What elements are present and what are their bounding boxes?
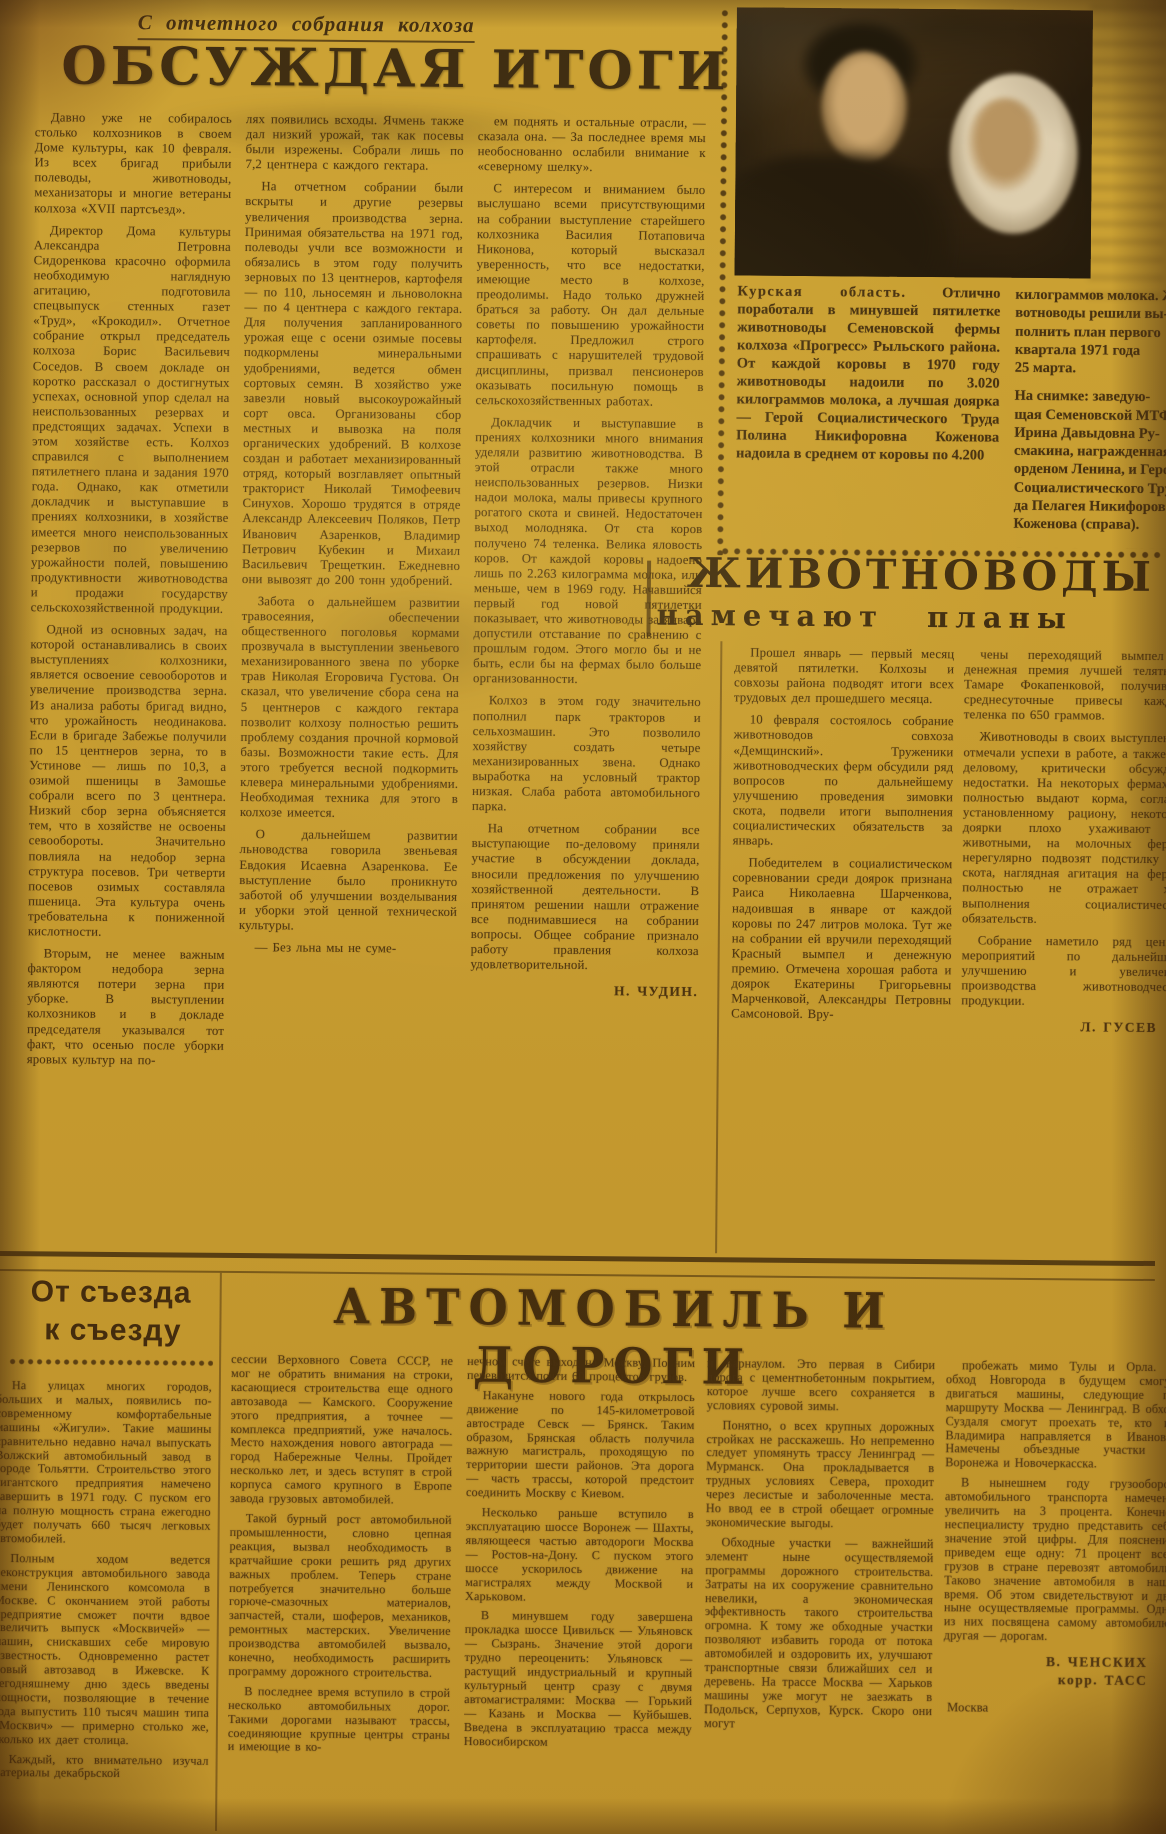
paragraph: нечном счете выход на Москву. По ним пер… (467, 1355, 695, 1385)
section3-column-c: нечном счете выход на Москву. По ним пер… (463, 1355, 695, 1834)
column-rule (215, 1273, 222, 1831)
paragraph: — Без льна мы не суме- (239, 940, 457, 957)
section3-byline: В. ЧЕНСКИХ (943, 1653, 1166, 1670)
paragraph: Накануне нового года открылось движение … (466, 1389, 695, 1502)
paragraph: Коженова (справа). (1013, 515, 1166, 535)
paragraph: Директор Дома культуры Александра Петров… (31, 223, 231, 617)
paragraph: Прошел январь — первый месяц девятой пят… (734, 645, 955, 707)
paragraph: В минувшем году завершена прокладка шосс… (464, 1609, 693, 1750)
article1-column-2: лях появились всходы. Ячмень также дал н… (236, 112, 464, 1250)
paragraph: смакина, награжденная (1014, 442, 1166, 462)
section3-column-e-text: пробежать мимо Тулы и Орла. В обход Новг… (944, 1359, 1166, 1645)
section3-column-left: На улицах многих городов, больших и малы… (0, 1379, 212, 1831)
paragraph: С интересом и вниманием было выслушано в… (475, 181, 705, 409)
section2-title-line1: ЖИВОТНОВОДЫ (687, 549, 1155, 601)
paragraph: и Барнаулом. Это первая в Сибири дорога … (707, 1357, 935, 1415)
paragraph: сессии Верховного Совета СССР, не мог не… (230, 1353, 453, 1508)
paragraph: Забота о дальнейшем развитии травосеяния… (240, 594, 460, 822)
paragraph: Собрание наметило ряд ценных мероприятий… (961, 933, 1166, 1010)
paragraph: вотноводы решили вы- (1015, 304, 1166, 324)
paragraph: Обходные участки — важнейший элемент нын… (704, 1536, 934, 1733)
paragraph: Ирина Давыдовна Ру- (1014, 424, 1166, 444)
cut-off-text-strip (1087, 4, 1166, 305)
photo-two-dairywomen (735, 7, 1093, 278)
article1-column-3: ем поднять и остальные отрасли, — сказал… (468, 114, 706, 1252)
paragraph: Докладчик и выступавшие в прениях колхоз… (473, 415, 703, 689)
paragraph: Давно уже не собиралось столько колхозни… (34, 110, 232, 217)
paragraph: Одной из основных задач, на которой оста… (28, 622, 228, 941)
paragraph: Каждый, кто внимательно изучал материалы… (0, 1752, 209, 1782)
section2-left-bar (646, 561, 651, 637)
paragraph: В нынешнем году грузооборот автомобильно… (944, 1476, 1166, 1645)
newspaper-page: С отчетного собрания колхоза ОБСУЖДАЯ ИТ… (0, 0, 1166, 1834)
photo-caption-text: Отлично поработали в минувшей пятилетке … (736, 285, 1001, 463)
section3-byline-role: корр. ТАСС (943, 1671, 1166, 1688)
paragraph: На улицах многих городов, больших и малы… (0, 1379, 212, 1548)
section2-byline: Л. ГУСЕВ (961, 1018, 1166, 1036)
section2-column-2: чены переходящий вымпел и денежная преми… (959, 647, 1166, 1259)
paragraph: полнить план первого (1015, 322, 1166, 342)
section3-dateline: Москва (947, 1700, 1166, 1716)
main-headline: ОБСУЖДАЯ ИТОГИ (61, 35, 730, 102)
paragraph: Победителем в социалистическом соревнова… (731, 856, 952, 1024)
paragraph: орденом Ленина, и Герой (1014, 460, 1166, 480)
paragraph: килограммов молока. Жи- (1015, 286, 1166, 306)
paragraph: лях появились всходы. Ячмень также дал н… (245, 112, 464, 174)
section2-column-1: Прошел январь — первый месяц девятой пят… (729, 645, 954, 1257)
paragraph: 25 марта. (1015, 359, 1166, 379)
paragraph: На отчетном собрании были вскрыты и друг… (242, 179, 464, 588)
decorative-chain (8, 1357, 213, 1368)
paragraph: чены переходящий вымпел и денежная преми… (964, 647, 1166, 724)
paragraph: квартала 1971 года (1015, 341, 1166, 361)
section3-column-e: пробежать мимо Тулы и Орла. В обход Новг… (942, 1359, 1166, 1834)
paragraph: На снимке: заведую- (1014, 387, 1166, 407)
column-rule (715, 641, 722, 1253)
paragraph: Несколько раньше вступило в эксплуатацию… (465, 1506, 694, 1605)
paragraph: Такой бурный рост автомобильной промышле… (228, 1512, 451, 1681)
paragraph: В последнее время вступило в строй неско… (228, 1685, 451, 1756)
sidebar-title-line1: От съезда (31, 1275, 192, 1310)
article1-column-3-text: ем поднять и остальные отрасли, — сказал… (471, 114, 706, 974)
photo-caption-lead: Курская область. (737, 283, 906, 300)
section2-column-2-text: чены переходящий вымпел и денежная преми… (961, 647, 1166, 1010)
photo-dark-coat (735, 154, 957, 278)
section2-title-line2: намечают планы (656, 598, 1073, 636)
paragraph: Вторым, не менее важным фактором недобор… (27, 946, 225, 1068)
paragraph: Социалистического Тру- (1014, 478, 1166, 498)
paragraph: пробежать мимо Тулы и Орла. В обход Новг… (945, 1359, 1166, 1472)
photo-caption-column-2: килограммов молока. Жи-вотноводы решили … (1013, 286, 1166, 550)
article1-byline: Н. ЧУДИН. (470, 982, 698, 1000)
article1-column-1: Давно уже не собиралось столько колхозни… (25, 110, 232, 1248)
paragraph: Понятно, о всех крупных дорожных стройка… (706, 1419, 935, 1532)
newspaper-sheet: С отчетного собрания колхоза ОБСУЖДАЯ ИТ… (0, 0, 1166, 1834)
paragraph: Колхоз в этом году значительно пополнил … (472, 694, 701, 817)
paragraph: ем поднять и остальные отрасли, — сказал… (477, 114, 706, 176)
paragraph: 10 февраля состоялось собрание животново… (733, 713, 954, 851)
photo-caption: Курская область. Отлично поработали в ми… (735, 283, 1000, 545)
paragraph: да Пелагея Никифоровна (1014, 497, 1166, 517)
paragraph: На отчетном собрании все выступающие по-… (471, 821, 700, 974)
paragraph: щая Семеновской МТФ (1014, 405, 1166, 425)
paragraph: О дальнейшем развитии льноводства говори… (239, 827, 458, 935)
paragraph: Полным ходом ведется реконструкция автом… (0, 1552, 210, 1749)
sidebar-title-line2: к съезду (44, 1313, 181, 1348)
paragraph: Животноводы в своих выступлениях отмечал… (962, 730, 1166, 928)
section3-column-d: и Барнаулом. Это первая в Сибири дорога … (703, 1357, 935, 1834)
photo-person-left-face (821, 51, 908, 164)
section3-column-b: сессии Верховного Совета СССР, не мог не… (227, 1353, 453, 1833)
